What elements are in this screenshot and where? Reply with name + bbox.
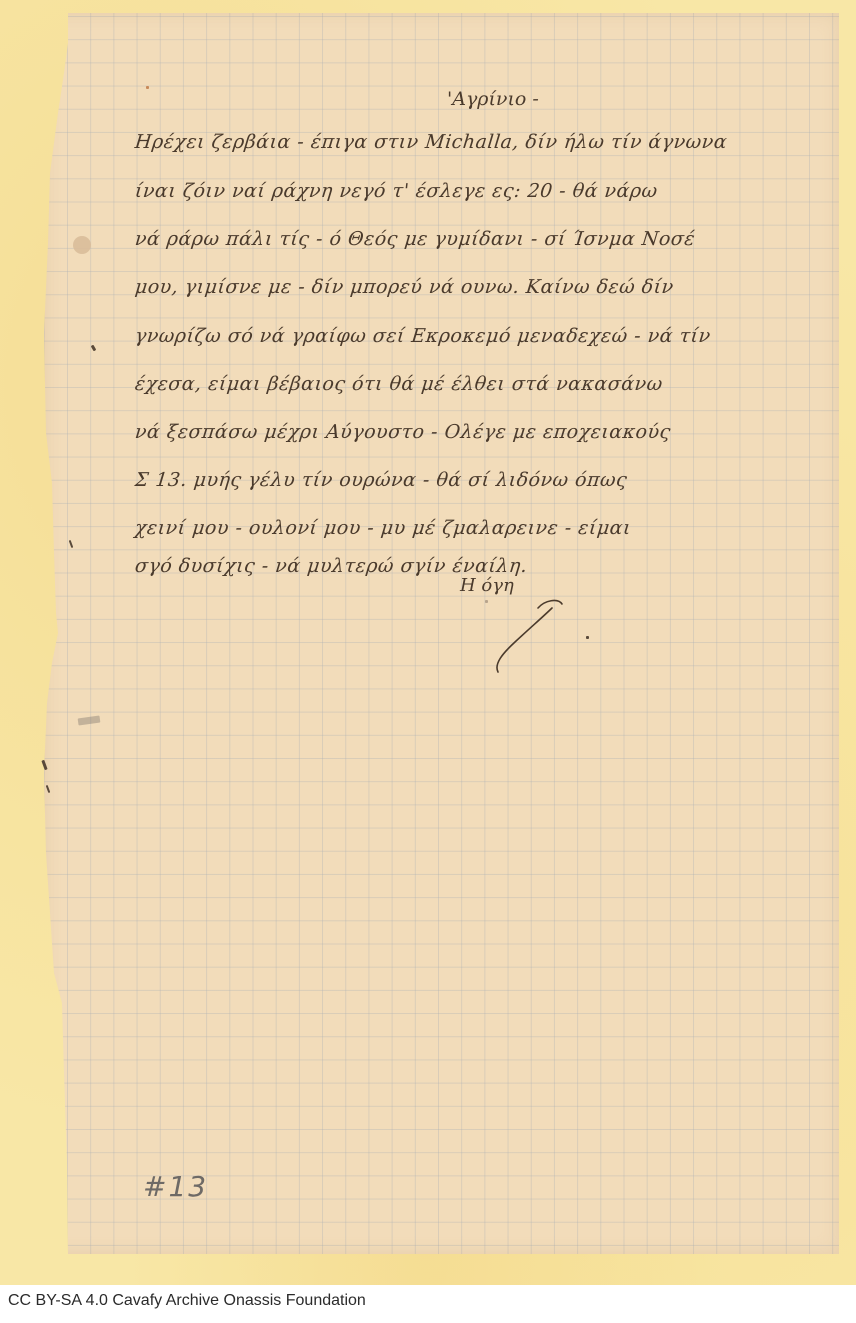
license-credit: CC BY-SA 4.0 Cavafy Archive Onassis Foun… [8, 1292, 366, 1310]
pencil-catalog-number: #13 [143, 1170, 208, 1203]
letter-heading: 'Αγρίνιο - [447, 88, 539, 110]
ink-speck [146, 86, 149, 89]
paper-stain [73, 236, 91, 254]
ink-speck [485, 600, 488, 603]
signature-flourish [490, 590, 590, 680]
letter-line-2: ίναι ζόιν ναί ράχνη νεγό τ' έσλεγε ες: 2… [134, 180, 659, 202]
letter-line-6: έχεσα, είμαι βέβαιος ότι θά μέ έλθει στά… [134, 373, 664, 395]
letter-line-7: νά ξεσπάσω μέχρι Αύγουστο - Ολέγε με επο… [134, 421, 672, 443]
letter-line-8: Σ 13. μυής γέλυ τίν ουρώνα - θά σί λιδόν… [134, 469, 629, 491]
letter-line-3: νά ράρω πάλι τίς - ό Θεός με γυμίδανι - … [134, 228, 696, 250]
letter-line-9: χεινί μου - ουλονί μου - μυ μέ ζμαλαρειν… [134, 517, 632, 539]
letter-line-4: μου, γιμίσνε με - δίν μπορεύ νά ουνω. Κα… [134, 276, 675, 298]
letter-line-10: σγό δυσίχις - νά μυλτερώ σγίν έναίλη. [134, 555, 529, 577]
letter-line-1: Ηρέχει ζερβάια - έπιγα στιν Michalla, δί… [134, 131, 728, 153]
letter-line-5: γνωρίζω σό νά γραίφω σεί Εκροκεμό μεναδε… [134, 325, 712, 347]
